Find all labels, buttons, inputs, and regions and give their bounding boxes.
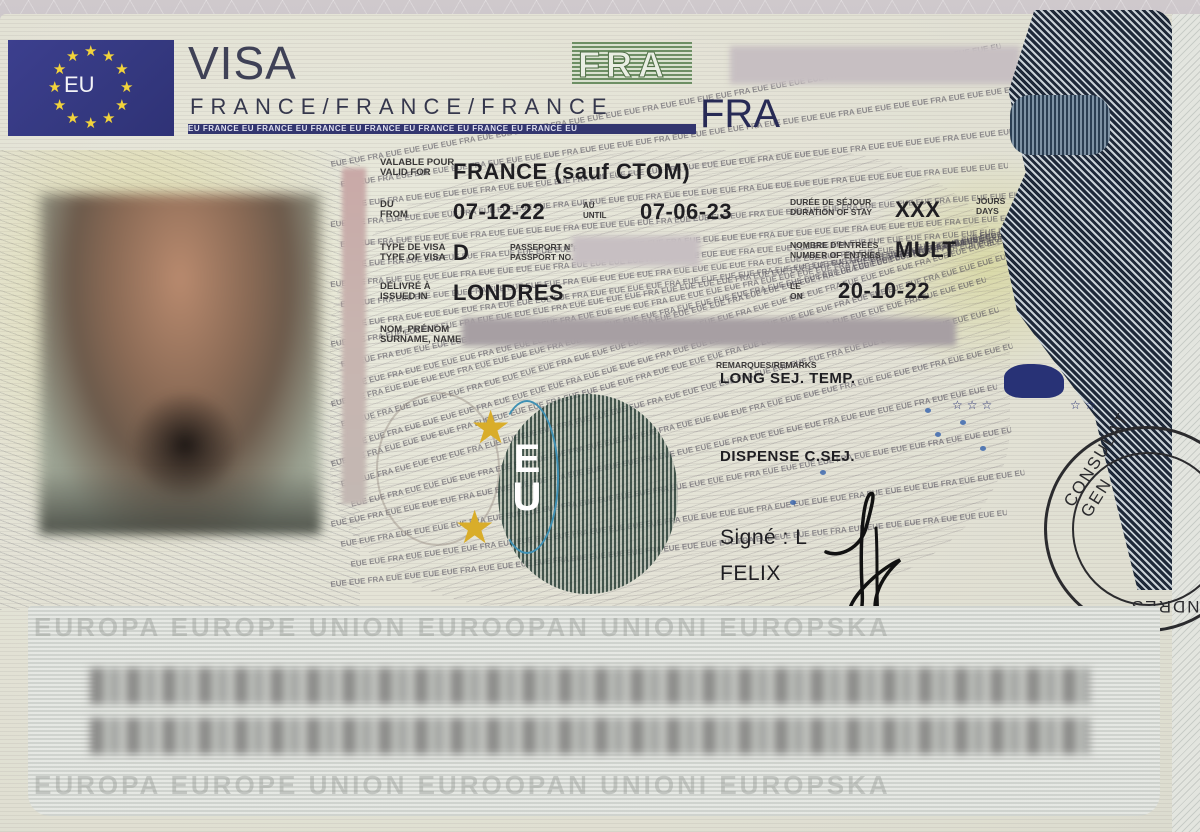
- name-label: NOM, PRÉNOMSURNAME, NAME: [380, 325, 461, 345]
- rhino-emblem: [1004, 364, 1064, 398]
- watermark-text: FRA: [578, 44, 670, 86]
- mrz-background-text: EUROPA EUROPE UNION EUROOPAN UNIONI EURO…: [34, 612, 891, 643]
- issued-in-label: DÉLIVRÉ ÀISSUED IN: [380, 282, 431, 302]
- microprint-band: EU FRANCE EU FRANCE EU FRANCE EU FRANCE …: [188, 124, 696, 134]
- valid-for-label: VALABLE POURVALID FOR: [380, 158, 454, 178]
- ghost-image-redacted: [342, 168, 366, 504]
- security-ornament: [1010, 95, 1110, 155]
- passport-label: PASSEPORT N°PASSPORT No.: [510, 242, 574, 262]
- from-label: DUFROM: [380, 200, 408, 220]
- star-icon: ★: [115, 98, 128, 113]
- issued-in-value: LONDRES: [453, 280, 564, 306]
- star-icon: ★: [102, 49, 115, 64]
- until-label: AUUNTIL: [583, 201, 607, 221]
- eu-label: EU: [64, 72, 95, 98]
- visa-number-redacted: [730, 46, 1020, 84]
- star-icon: ★: [66, 49, 79, 64]
- duration-label: DURÉE DE SÉJOURDURATION OF STAY: [790, 197, 872, 217]
- star-icon: ★: [53, 98, 66, 113]
- issued-on-label: LEON: [790, 281, 803, 301]
- signed-by-label: Signé : L: [720, 526, 807, 550]
- star-icon: ★: [84, 116, 97, 131]
- until-date: 07-06-23: [640, 199, 732, 225]
- remark-line-1: LONG SEJ. TEMP.: [720, 370, 856, 387]
- star-icon: ★: [115, 62, 128, 77]
- sheet-edge: [1172, 14, 1200, 832]
- eu-hologram-letters: EU: [507, 440, 547, 516]
- mrz-line-2-redacted: [90, 718, 1090, 754]
- from-date: 07-12-22: [453, 199, 545, 225]
- valid-for-value: FRANCE (sauf CTOM): [453, 159, 690, 185]
- star-icon: ★: [120, 80, 133, 95]
- remark-line-2: DISPENSE C.SEJ.: [720, 448, 855, 465]
- holder-photo-blurred: [40, 470, 320, 534]
- entries-label: NOMBRE D'ENTRÉESNUMBER OF ENTRIES: [790, 240, 881, 260]
- star-icon: ★: [48, 80, 61, 95]
- star-icon: ★: [66, 111, 79, 126]
- passport-number-redacted: [572, 236, 700, 266]
- stars-icon: ☆☆☆: [952, 398, 996, 412]
- holder-name-redacted: [462, 318, 956, 346]
- issuing-country: FRANCE/FRANCE/FRANCE: [190, 94, 614, 120]
- entries-value: MULT: [895, 237, 956, 263]
- mrz-background-text: EUROPA EUROPE UNION EUROOPAN UNIONI EURO…: [34, 770, 891, 801]
- mrz-line-1-redacted: [90, 668, 1090, 704]
- country-code: FRA: [700, 92, 780, 137]
- visa-type-value: D: [453, 240, 469, 266]
- issued-on-date: 20-10-22: [838, 278, 930, 304]
- eu-flag-emblem: EU ★★★★★★★★★★★★: [8, 40, 174, 136]
- signatory-name: FELIX: [720, 562, 781, 586]
- duration-value: XXX: [895, 197, 941, 223]
- star-icon: ★: [53, 62, 66, 77]
- visa-type-label: TYPE DE VISATYPE OF VISA: [380, 243, 445, 263]
- watermark-code: FRA: [572, 42, 692, 84]
- stars-icon: ☆☆: [1070, 398, 1100, 412]
- star-icon: ★: [84, 44, 97, 59]
- gold-star-icon: ★: [454, 500, 495, 554]
- star-icon: ★: [102, 111, 115, 126]
- remarks-label: REMARQUES/REMARKS: [716, 360, 817, 370]
- duration-unit: JOURSDAYS: [976, 196, 1005, 216]
- document-title: VISA: [188, 36, 297, 90]
